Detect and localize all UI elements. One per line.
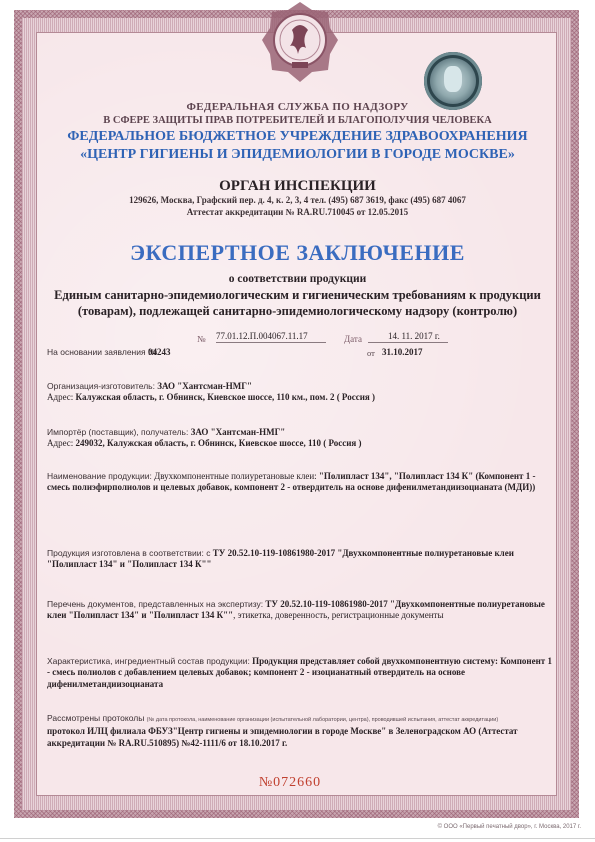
product-brands: "Полипласт 134", "Полипласт 134 К" [319,471,473,481]
manufacturer-section: Организация-изготовитель: ЗАО "Хантсман-… [47,381,557,404]
importer-value: ЗАО "Хантсман-НМГ" [191,427,286,437]
scan-edge-rule [0,838,595,839]
agency-name-line1: ФЕДЕРАЛЬНАЯ СЛУЖБА ПО НАДЗОРУ [0,101,595,113]
protocols-section: Рассмотрены протоколы (№ дата протокола,… [47,713,557,749]
application-from-label: от [367,348,375,358]
char-label: Характеристика, ингредиентный состав про… [47,656,250,666]
manufacturer-address-label: Адрес: [47,392,73,402]
manufacturer-address: Калужская область, г. Обнинск, Киевское … [76,392,375,402]
document-subtitle-line0: о соответствии продукции [0,273,595,285]
docs-value-extra: , этикетка, доверенность, регистрационны… [233,610,443,620]
document-subtitle-line1: Единым санитарно-эпидемиологическим и ги… [0,288,595,303]
inspection-body-accreditation: Аттестат аккредитации № RA.RU.710045 от … [0,207,595,217]
application-label: На основании заявления № [47,347,157,357]
inspection-body-title: ОРГАН ИНСПЕКЦИИ [0,178,595,195]
importer-address: 249032, Калужская область, г. Обнинск, К… [76,438,362,448]
conclusion-date-label: Дата [344,334,362,344]
form-serial-number: №072660 [200,775,380,791]
documents-section: Перечень документов, представленных на э… [47,599,557,622]
document-title: ЭКСПЕРТНОЕ ЗАКЛЮЧЕНИЕ [0,240,595,266]
protocols-value: протокол ИЛЦ филиала ФБУЗ"Центр гигиены … [47,726,557,749]
importer-section: Импортёр (поставщик), получатель: ЗАО "Х… [47,427,557,450]
application-date: 31.10.2017 [382,347,423,357]
printer-credit: © ООО «Первый печатный двор», г. Москва,… [438,824,581,830]
product-type: Двухкомпонентные полиуретановые клеи: [154,471,317,481]
rospotrebnadzor-emblem-icon [262,0,338,92]
protocols-note: (№ дата протокола, наименование организа… [147,717,499,723]
conclusion-number-label: № [197,334,206,344]
agency-name-line2: В СФЕРЕ ЗАЩИТЫ ПРАВ ПОТРЕБИТЕЛЕЙ И БЛАГО… [0,115,595,126]
document-subtitle-line2: (товарам), подлежащей санитарно-эпидемио… [0,304,595,319]
conclusion-number: 77.01.12.П.004067.11.17 [216,331,326,343]
protocols-label: Рассмотрены протоколы [47,713,144,723]
institution-name-line2: «ЦЕНТР ГИГИЕНЫ И ЭПИДЕМИОЛОГИИ В ГОРОДЕ … [0,147,595,163]
manufacturer-value: ЗАО "Хантсман-НМГ" [157,381,252,391]
characteristics-section: Характеристика, ингредиентный состав про… [47,656,557,690]
manufacturing-standard-section: Продукция изготовлена в соответствии: с … [47,548,557,571]
inspection-body-address: 129626, Москва, Графский пер. д. 4, к. 2… [0,195,595,205]
application-number: 04243 [148,347,171,357]
product-label: Наименование продукции: [47,471,152,481]
made-label: Продукция изготовлена в соответствии: с [47,548,210,558]
importer-address-label: Адрес: [47,438,73,448]
conclusion-date: 14. 11. 2017 г. [368,331,448,343]
importer-label: Импортёр (поставщик), получатель: [47,427,188,437]
manufacturer-label: Организация-изготовитель: [47,381,155,391]
product-name-section: Наименование продукции: Двухкомпонентные… [47,471,557,494]
docs-label: Перечень документов, представленных на э… [47,599,263,609]
institution-name-line1: ФЕДЕРАЛЬНОЕ БЮДЖЕТНОЕ УЧРЕЖДЕНИЕ ЗДРАВОО… [0,129,595,145]
